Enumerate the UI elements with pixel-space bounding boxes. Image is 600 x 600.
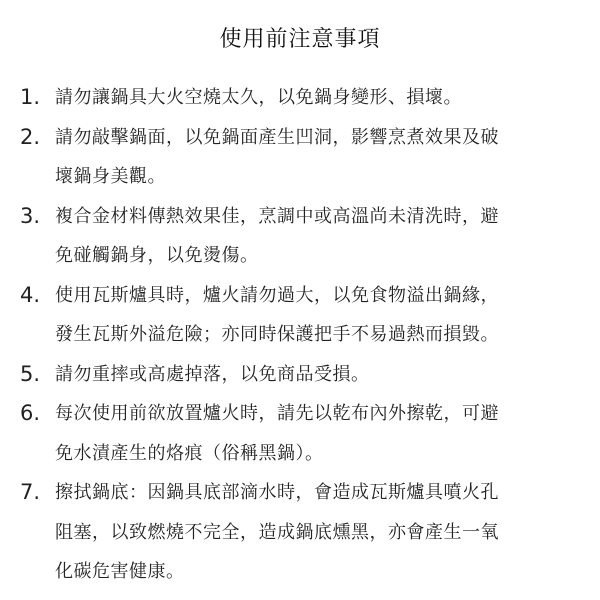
item-number: 6.: [20, 394, 40, 434]
item-number: 2.: [20, 118, 40, 158]
list-item: 1. 請勿讓鍋具大火空燒太久，以免鍋身變形、損壞。: [0, 78, 600, 118]
list-item: 2. 請勿敲擊鍋面，以免鍋面產生凹洞，影響烹煮效果及破 壞鍋身美觀。: [0, 118, 600, 197]
list-item: 5. 請勿重摔或高處掉落，以免商品受損。: [0, 355, 600, 395]
item-text-line: 請勿敲擊鍋面，以免鍋面產生凹洞，影響烹煮效果及破: [55, 118, 560, 158]
list-item: 7. 擦拭鍋底：因鍋具底部滴水時，會造成瓦斯爐具噴火孔 阻塞，以致燃燒不完全，造…: [0, 473, 600, 592]
item-text-line: 擦拭鍋底：因鍋具底部滴水時，會造成瓦斯爐具噴火孔: [55, 473, 560, 513]
item-number: 1.: [20, 78, 40, 118]
page-title: 使用前注意事項: [0, 22, 600, 53]
item-text-line: 請勿重摔或高處掉落，以免商品受損。: [55, 355, 560, 395]
item-number: 4.: [20, 276, 40, 316]
list-item: 3. 複合金材料傳熱效果佳，烹調中或高溫尚未清洗時，避 免碰觸鍋身，以免燙傷。: [0, 197, 600, 276]
item-text-line: 使用瓦斯爐具時，爐火請勿過大，以免食物溢出鍋緣，: [55, 276, 560, 316]
item-text-line: 請勿讓鍋具大火空燒太久，以免鍋身變形、損壞。: [55, 78, 560, 118]
item-number: 7.: [20, 473, 40, 513]
item-text-line: 複合金材料傳熱效果佳，烹調中或高溫尚未清洗時，避: [55, 197, 560, 237]
item-number: 5.: [20, 355, 40, 395]
precautions-list: 1. 請勿讓鍋具大火空燒太久，以免鍋身變形、損壞。 2. 請勿敲擊鍋面，以免鍋面…: [0, 78, 600, 592]
item-text-line: 發生瓦斯外溢危險；亦同時保護把手不易過熱而損毀。: [55, 315, 560, 355]
item-text-line: 每次使用前欲放置爐火時，請先以乾布內外擦乾，可避: [55, 394, 560, 434]
item-number: 3.: [20, 197, 40, 237]
list-item: 4. 使用瓦斯爐具時，爐火請勿過大，以免食物溢出鍋緣， 發生瓦斯外溢危險；亦同時…: [0, 276, 600, 355]
list-item: 6. 每次使用前欲放置爐火時，請先以乾布內外擦乾，可避 免水漬產生的烙痕（俗稱黑…: [0, 394, 600, 473]
item-text-line: 化碳危害健康。: [55, 552, 560, 592]
item-text-line: 免碰觸鍋身，以免燙傷。: [55, 236, 560, 276]
item-text-line: 免水漬產生的烙痕（俗稱黑鍋）。: [55, 434, 560, 474]
item-text-line: 阻塞，以致燃燒不完全，造成鍋底燻黑，亦會產生一氧: [55, 513, 560, 553]
item-text-line: 壞鍋身美觀。: [55, 157, 560, 197]
